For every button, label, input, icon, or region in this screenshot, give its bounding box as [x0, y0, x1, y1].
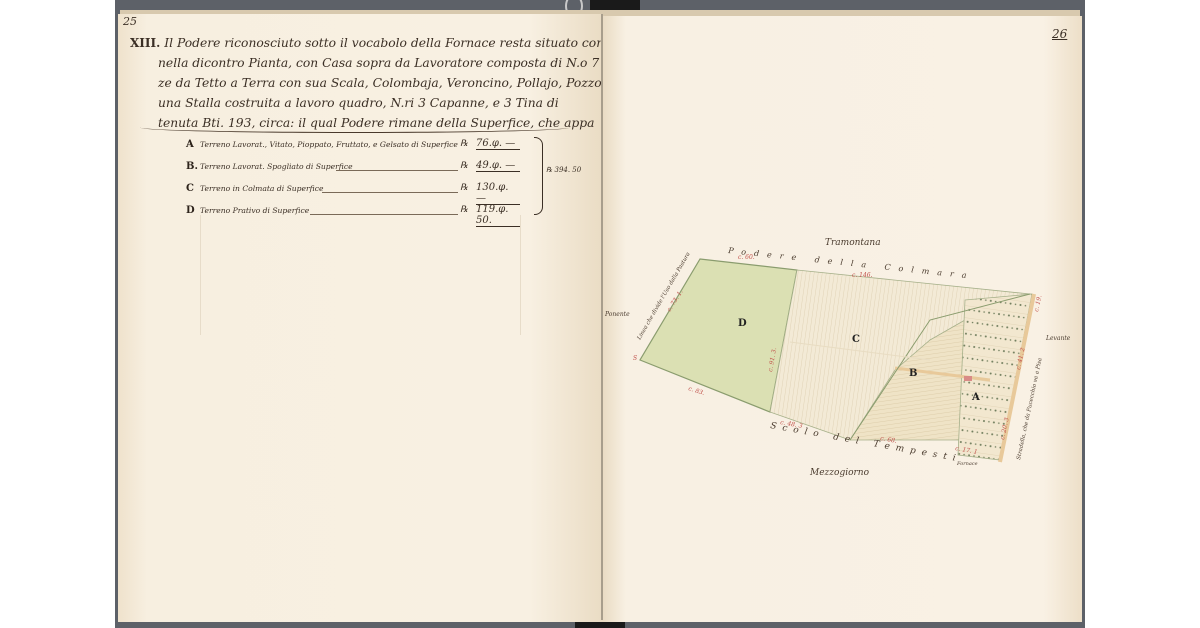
- right-folio-number: 26: [1052, 27, 1067, 41]
- paragraph-line-3: ze da Tetto a Terra con sua Scala, Colom…: [130, 73, 580, 93]
- section-number: XIII.: [130, 36, 160, 50]
- table-row: B. Terreno Lavorat. Spogliato di Superfi…: [186, 160, 546, 182]
- total-brace: [534, 137, 543, 215]
- paragraph-line-1: Il Podere riconosciuto sotto il vocabolo…: [164, 36, 615, 50]
- row-letter: A: [186, 139, 194, 150]
- fornace-label: Fornace: [956, 461, 978, 467]
- row-letter: B.: [186, 161, 198, 172]
- row-description: Terreno Lavorat. Spogliato di Superfice: [200, 162, 353, 171]
- leader-line: [310, 214, 458, 215]
- row-description: Terreno Lavorat., Vitato, Pioppato, Frut…: [200, 140, 458, 149]
- measurement-label: c. 60.: [738, 254, 755, 261]
- leader-line: [336, 170, 458, 171]
- east-boundary-label: Stradella, che da Fucecchio va a Pisa: [1016, 357, 1044, 460]
- farmhouse: [964, 376, 972, 381]
- parcel-label-a: A: [971, 392, 980, 403]
- paragraph-flourish: [140, 122, 570, 133]
- compass-north: Tramontana: [825, 238, 881, 248]
- description-paragraph: XIII. Il Podere riconosciuto sotto il vo…: [130, 33, 580, 133]
- left-folio-number: 25: [123, 15, 137, 28]
- parcel-label-c: C: [852, 334, 860, 345]
- compass-south: Mezzogiorno: [809, 468, 870, 478]
- surface-table: A Terreno Lavorat., Vitato, Pioppato, Fr…: [186, 138, 546, 226]
- row-value: 49.φ. —: [476, 160, 520, 172]
- row-value: 130.φ. —: [476, 182, 520, 205]
- corner-mark: S: [633, 355, 637, 362]
- row-letter: C: [186, 183, 194, 194]
- currency-mark: ℞: [460, 161, 468, 171]
- leader-line: [322, 192, 458, 193]
- table-row: D Terreno Prativo di Superfice ℞ 119.φ. …: [186, 204, 546, 226]
- currency-mark: ℞: [460, 205, 468, 215]
- compass-east: Levante: [1045, 335, 1071, 342]
- table-row: A Terreno Lavorat., Vitato, Pioppato, Fr…: [186, 138, 546, 160]
- parcel-d: [640, 259, 797, 412]
- surface-total: ℞ 394. 50: [546, 166, 581, 174]
- measurement-label: c. 83.: [687, 385, 705, 397]
- ruling-line: [200, 215, 201, 335]
- ruling-line: [520, 215, 521, 335]
- currency-mark: ℞: [460, 183, 468, 193]
- paragraph-line-4: una Stalla costruita a lavoro quadro, N.…: [130, 93, 580, 113]
- row-description: Terreno in Colmata di Superfice: [200, 184, 323, 193]
- compass-west: Ponente: [604, 311, 630, 318]
- measurement-label: c. 146.: [852, 272, 873, 279]
- row-description: Terreno Prativo di Superfice: [200, 206, 309, 215]
- parcel-label-d: D: [738, 318, 747, 329]
- row-letter: D: [186, 205, 195, 216]
- table-row: C Terreno in Colmata di Superfice ℞ 130.…: [186, 182, 546, 204]
- row-value: 119.φ. 50.: [476, 204, 520, 227]
- currency-mark: ℞: [460, 139, 468, 149]
- estate-map: D C B A Tramontana Mezzogiorno Levante P…: [600, 220, 1080, 500]
- parcel-label-b: B: [909, 368, 917, 379]
- row-value: 76.φ. —: [476, 138, 520, 150]
- paragraph-line-2: nella dicontro Pianta, con Casa sopra da…: [130, 53, 580, 73]
